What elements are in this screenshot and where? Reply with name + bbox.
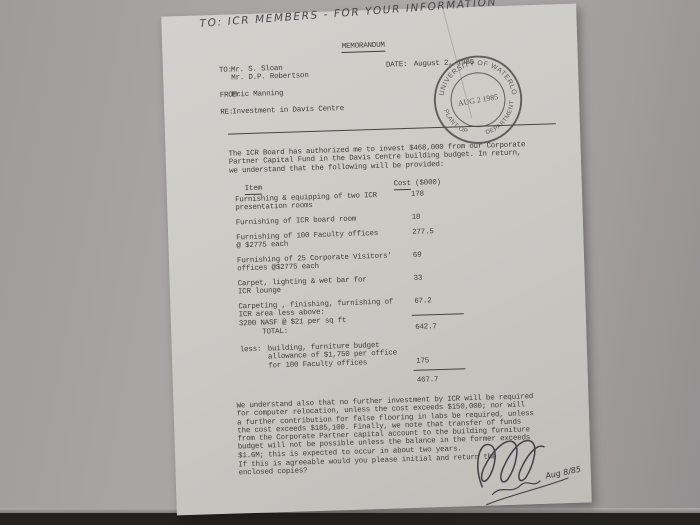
table-row-item: Furnishing of ICR board room (236, 214, 411, 228)
less-label: less: (240, 346, 262, 355)
signature-date: Aug 8/85 (544, 465, 582, 481)
table-row-cost: 277.5 (412, 228, 434, 237)
table-row-cost: 69 (413, 252, 422, 261)
table-row: Furnishing of 100 Faculty offices @ $277… (236, 224, 566, 251)
table-item-header: Item (245, 185, 262, 194)
stamp-date: AUG 2 1985 (457, 92, 499, 108)
desk-surface (0, 513, 700, 525)
memo-paper: TO: ICR MEMBERS - FOR YOUR INFORMATION M… (161, 4, 591, 516)
signature-scribble: Aug 8/85 (461, 429, 605, 513)
table-row-item: Furnishing of 100 Faculty offices @ $277… (236, 229, 411, 251)
table-row-item: Carpeting , finishing, furnishing of ICR… (238, 298, 414, 328)
stamp-arc-left-text: PLANT OP (442, 106, 470, 139)
signature-stroke-1 (477, 440, 545, 487)
table-row: Carpet, lighting & wet bar for ICR loung… (238, 270, 568, 297)
total-value: 642.7 (415, 323, 437, 332)
table-cost-header: Cost ($000) (394, 179, 442, 189)
less-value: 175 (416, 357, 429, 366)
net-value: 467.7 (417, 376, 439, 385)
svg-text:PLANT OP: PLANT OP (442, 106, 470, 139)
net-rule (413, 368, 465, 371)
table-row: Furnishing of 25 Corporate Visitors' off… (237, 247, 567, 274)
table-row: Furnishing & equipping of two ICR presen… (235, 186, 565, 213)
table-row-cost: 178 (411, 190, 424, 199)
table-row-item: Carpet, lighting & wet bar for ICR loung… (238, 275, 413, 297)
to-value: Mr. S. Sloan Mr. D.P. Robertson (231, 64, 309, 83)
cost-table-rows: Furnishing & equipping of two ICR presen… (235, 186, 569, 335)
table-row: Carpeting , finishing, furnishing of ICR… (238, 293, 569, 328)
photo-of-memo: TO: ICR MEMBERS - FOR YOUR INFORMATION M… (0, 0, 700, 525)
table-row-cost: 18 (412, 214, 421, 223)
table-row-cost: 33 (414, 275, 423, 284)
signature-underline (486, 478, 569, 505)
date-label: DATE: (386, 61, 408, 70)
received-stamp: UNIVERSITY OF WATERLOO PLANT OP DEPARTME… (423, 44, 534, 155)
signature-stroke-2 (492, 481, 540, 495)
table-row-item: Furnishing of 25 Corporate Visitors' off… (237, 252, 412, 274)
re-value: Investment in Davis Centre (232, 105, 344, 117)
total-label: TOTAL: (262, 328, 288, 337)
table-row-cost: 67.2 (414, 297, 431, 306)
stamp-arc-bottom-text: DEPARTMENT (481, 99, 521, 136)
less-item: building, furniture budget allowance of … (268, 341, 398, 370)
intro-paragraph: The ICR Board has authorized me to inves… (229, 141, 526, 175)
svg-text:DEPARTMENT: DEPARTMENT (481, 99, 521, 136)
from-value: Eric Manning (232, 90, 284, 100)
table-row-item: Furnishing & equipping of two ICR presen… (235, 191, 410, 213)
